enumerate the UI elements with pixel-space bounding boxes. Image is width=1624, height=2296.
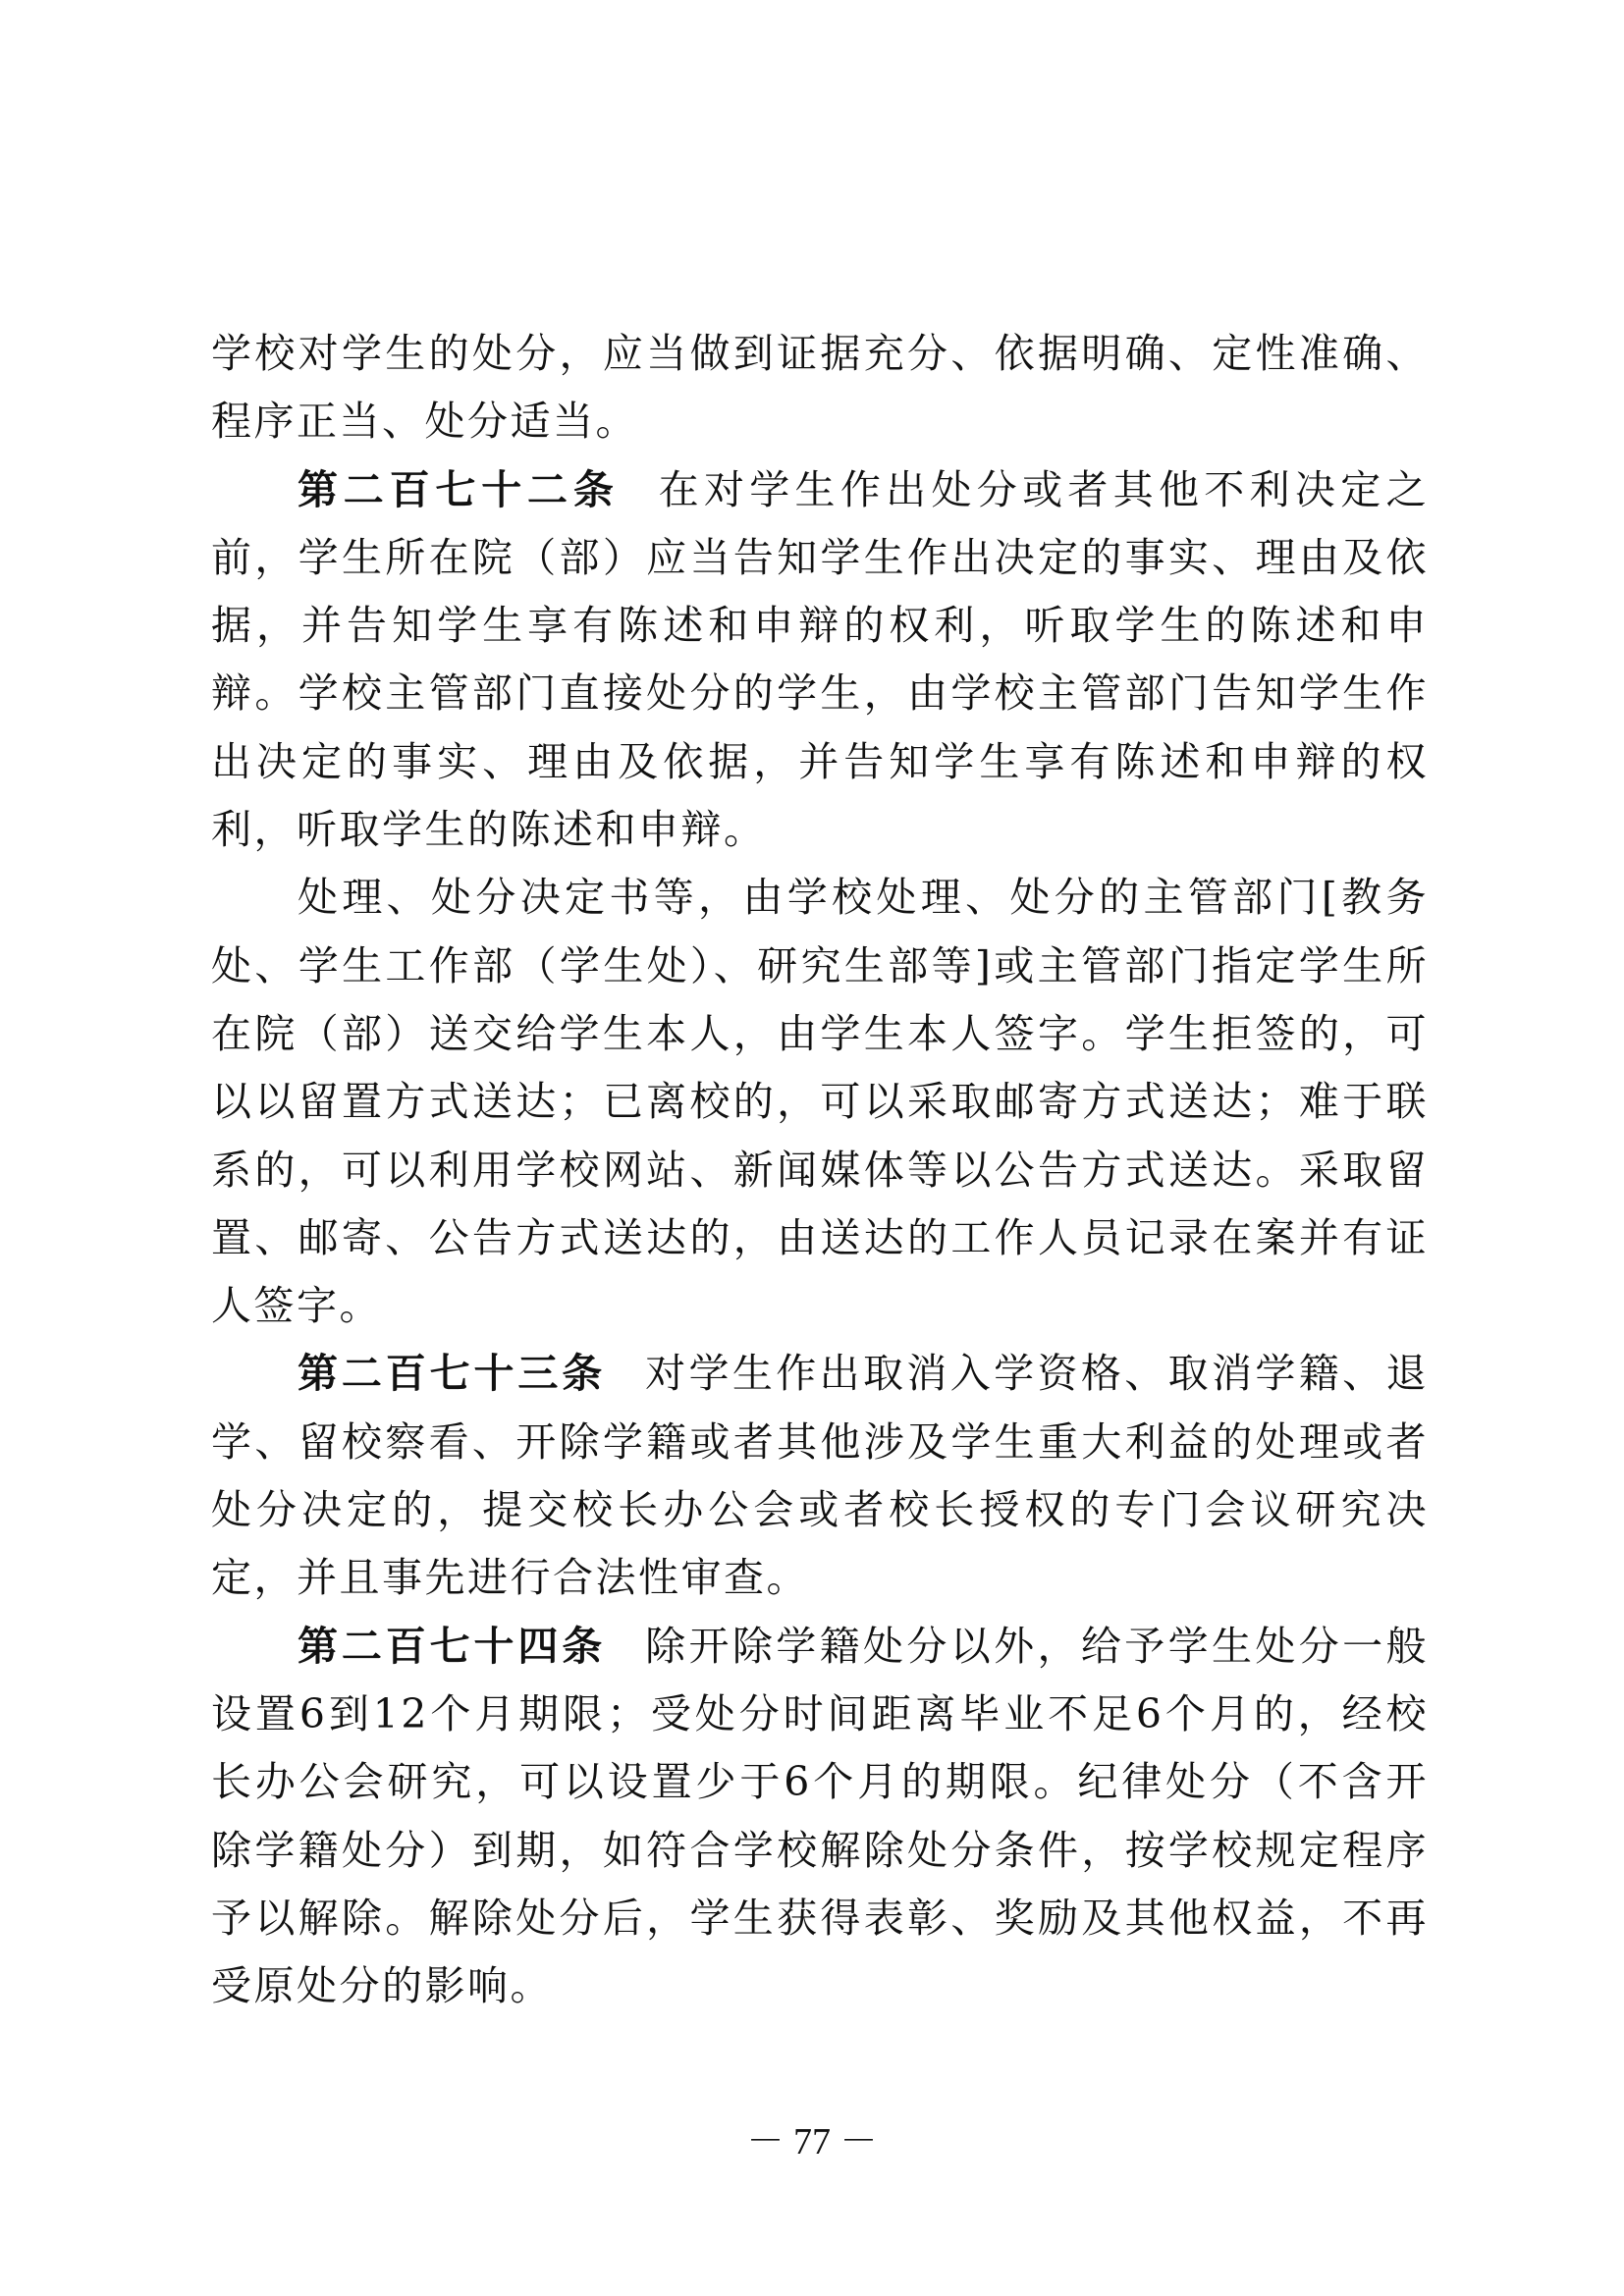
paragraph-text: 在对学生作出处分或者其他不利决定之前，学生所在院（部）应当告知学生作出决定的事实… — [211, 466, 1429, 853]
paragraph-article-272: 第二百七十二条在对学生作出处分或者其他不利决定之前，学生所在院（部）应当告知学生… — [211, 456, 1429, 865]
paragraph-principles: 学校对学生的处分，应当做到证据充分、依据明确、定性准确、程序正当、处分适当。 — [211, 320, 1429, 456]
page-number: － 77 － — [0, 2110, 1624, 2164]
article-number: 第二百七十二条 — [298, 466, 620, 513]
paragraph-article-273: 第二百七十三条对学生作出取消入学资格、取消学籍、退学、留校察看、开除学籍或者其他… — [211, 1340, 1429, 1612]
paragraph-text: 除开除学籍处分以外，给予学生处分一般设置6到12个月期限；受处分时间距离毕业不足… — [211, 1623, 1429, 2009]
article-number: 第二百七十四条 — [298, 1623, 606, 1670]
paragraph-decision-delivery: 处理、处分决定书等，由学校处理、处分的主管部门[教务处、学生工作部（学生处）、研… — [211, 864, 1429, 1340]
paragraph-article-274: 第二百七十四条除开除学籍处分以外，给予学生处分一般设置6到12个月期限；受处分时… — [211, 1613, 1429, 2021]
paragraph-text: 学校对学生的处分，应当做到证据充分、依据明确、定性准确、程序正当、处分适当。 — [211, 330, 1429, 445]
document-body: 学校对学生的处分，应当做到证据充分、依据明确、定性准确、程序正当、处分适当。 第… — [211, 320, 1429, 2020]
article-number: 第二百七十三条 — [298, 1350, 606, 1397]
paragraph-text: 处理、处分决定书等，由学校处理、处分的主管部门[教务处、学生工作部（学生处）、研… — [211, 874, 1429, 1329]
